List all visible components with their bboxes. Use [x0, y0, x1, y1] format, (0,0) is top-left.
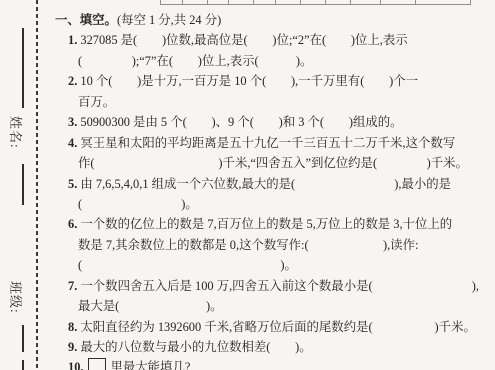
question-line: ( )。 [78, 194, 491, 214]
question-number: 10. [68, 360, 84, 370]
question-number: 9. [68, 340, 77, 354]
question-text: ( );“7”在( )位上,表示( )。 [78, 54, 312, 68]
question-line: ( );“7”在( )位上,表示( )。 [78, 51, 491, 71]
score-table-divider [470, 0, 471, 5]
fill-in-line [22, 325, 24, 352]
question-text: 太阳直径约为 1392600 千米,省略万位后面的尾数约是( )千米。 [77, 320, 476, 334]
question-text: 作( )千米,“四舍五入”到亿位约是( )千米。 [78, 156, 468, 170]
question-line: 1. 327085 是( )位数,最高位是( )位;“2”在( )位上,表示 [68, 30, 491, 50]
question-line: 5. 由 7,6,5,4,0,1 组成一个六位数,最大的是( ),最小的是 [68, 174, 491, 194]
question-text: 数是 7,其余数位上的数都是 0,这个数写作:( ),读作: [78, 238, 418, 252]
question-text: ( )。 [78, 258, 297, 272]
fill-in-line [22, 164, 24, 205]
question-text: (每空 1 分,共 24 分) [117, 13, 221, 27]
score-table-divider [253, 0, 254, 5]
question-text: 由 7,6,5,4,0,1 组成一个六位数,最大的是( ),最小的是 [77, 177, 451, 191]
blank-box [88, 358, 106, 370]
score-table-divider [160, 0, 161, 5]
question-text: 10 个( )是十万,一百万是 10 个( ),一千万里有( )个一 [77, 74, 418, 88]
question-number: 3. [68, 115, 77, 129]
question-text: 50900300 是由 5 个( )、9 个( )和 3 个( )组成的。 [77, 115, 402, 129]
class-label: 班级: [7, 281, 26, 314]
question-number: 4. [68, 136, 77, 150]
question-number: 8. [68, 320, 77, 334]
question-number: 2. [68, 74, 77, 88]
score-table-divider [350, 0, 351, 5]
question-text: 一个数的亿位上的数是 7,百万位上的数是 5,万位上的数是 3,十位上的 [77, 217, 452, 231]
question-number: 1. [68, 33, 77, 47]
score-table-divider [380, 0, 381, 5]
question-text: 一个数四舍五入后是 100 万,四舍五入前这个数最小是( ), [77, 279, 479, 293]
question-line: 最大是( )。 [78, 296, 491, 316]
question-line: 9. 最大的八位数与最小的九位数相差( )。 [68, 337, 491, 357]
question-line: 3. 50900300 是由 5 个( )、9 个( )和 3 个( )组成的。 [68, 112, 491, 132]
question-line: 百万。 [78, 92, 491, 112]
question-line: 7. 一个数四舍五入后是 100 万,四舍五入前这个数最小是( ), [68, 276, 491, 296]
question-list: 一、填空。(每空 1 分,共 24 分)1. 327085 是( )位数,最高位… [55, 10, 491, 370]
score-table-divider [415, 0, 416, 5]
score-table-divider [300, 0, 301, 5]
section-heading: 一、填空。(每空 1 分,共 24 分) [55, 10, 491, 30]
question-number: 一、填空。 [55, 13, 117, 27]
question-number: 7. [68, 279, 77, 293]
score-table-divider [207, 0, 208, 5]
question-text: ( )。 [78, 197, 198, 211]
question-line: 6. 一个数的亿位上的数是 7,百万位上的数是 5,万位上的数是 3,十位上的 [68, 214, 491, 234]
question-text: 冥王星和太阳的平均距离是五十九亿一千三百五十二万千米,这个数写 [77, 136, 455, 150]
question-line: ( )。 [78, 255, 491, 275]
question-text: 百万。 [78, 95, 115, 109]
score-table-divider [325, 0, 326, 5]
question-line: 4. 冥王星和太阳的平均距离是五十九亿一千三百五十二万千米,这个数写 [68, 133, 491, 153]
question-text: 里最大能填几? [111, 360, 191, 370]
score-table-divider [182, 0, 183, 5]
binding-dashed-line [36, 0, 38, 370]
student-name-label: 姓名: [7, 116, 26, 149]
score-table [160, 0, 470, 5]
fill-in-line [22, 28, 24, 108]
question-line: 10.里最大能填几? [68, 357, 491, 370]
score-table-divider [228, 0, 229, 5]
paper-page: 姓名: 班级: 一、填空。(每空 1 分,共 24 分)1. 327085 是(… [0, 0, 495, 370]
question-line: 数是 7,其余数位上的数都是 0,这个数写作:( ),读作: [78, 235, 491, 255]
question-line: 作( )千米,“四舍五入”到亿位约是( )千米。 [78, 153, 491, 173]
fill-in-line [22, 360, 24, 370]
question-text: 最大是( )。 [78, 299, 223, 313]
question-line: 8. 太阳直径约为 1392600 千米,省略万位后面的尾数约是( )千米。 [68, 317, 491, 337]
exam-paper-scan: { "paper": { "background_color": "#f6f5f… [0, 0, 495, 370]
question-line: 2. 10 个( )是十万,一百万是 10 个( ),一千万里有( )个一 [68, 71, 491, 91]
score-table-divider [275, 0, 276, 5]
question-text: 327085 是( )位数,最高位是( )位;“2”在( )位上,表示 [77, 33, 407, 47]
question-text: 最大的八位数与最小的九位数相差( )。 [77, 340, 311, 354]
question-number: 6. [68, 217, 77, 231]
question-number: 5. [68, 177, 77, 191]
